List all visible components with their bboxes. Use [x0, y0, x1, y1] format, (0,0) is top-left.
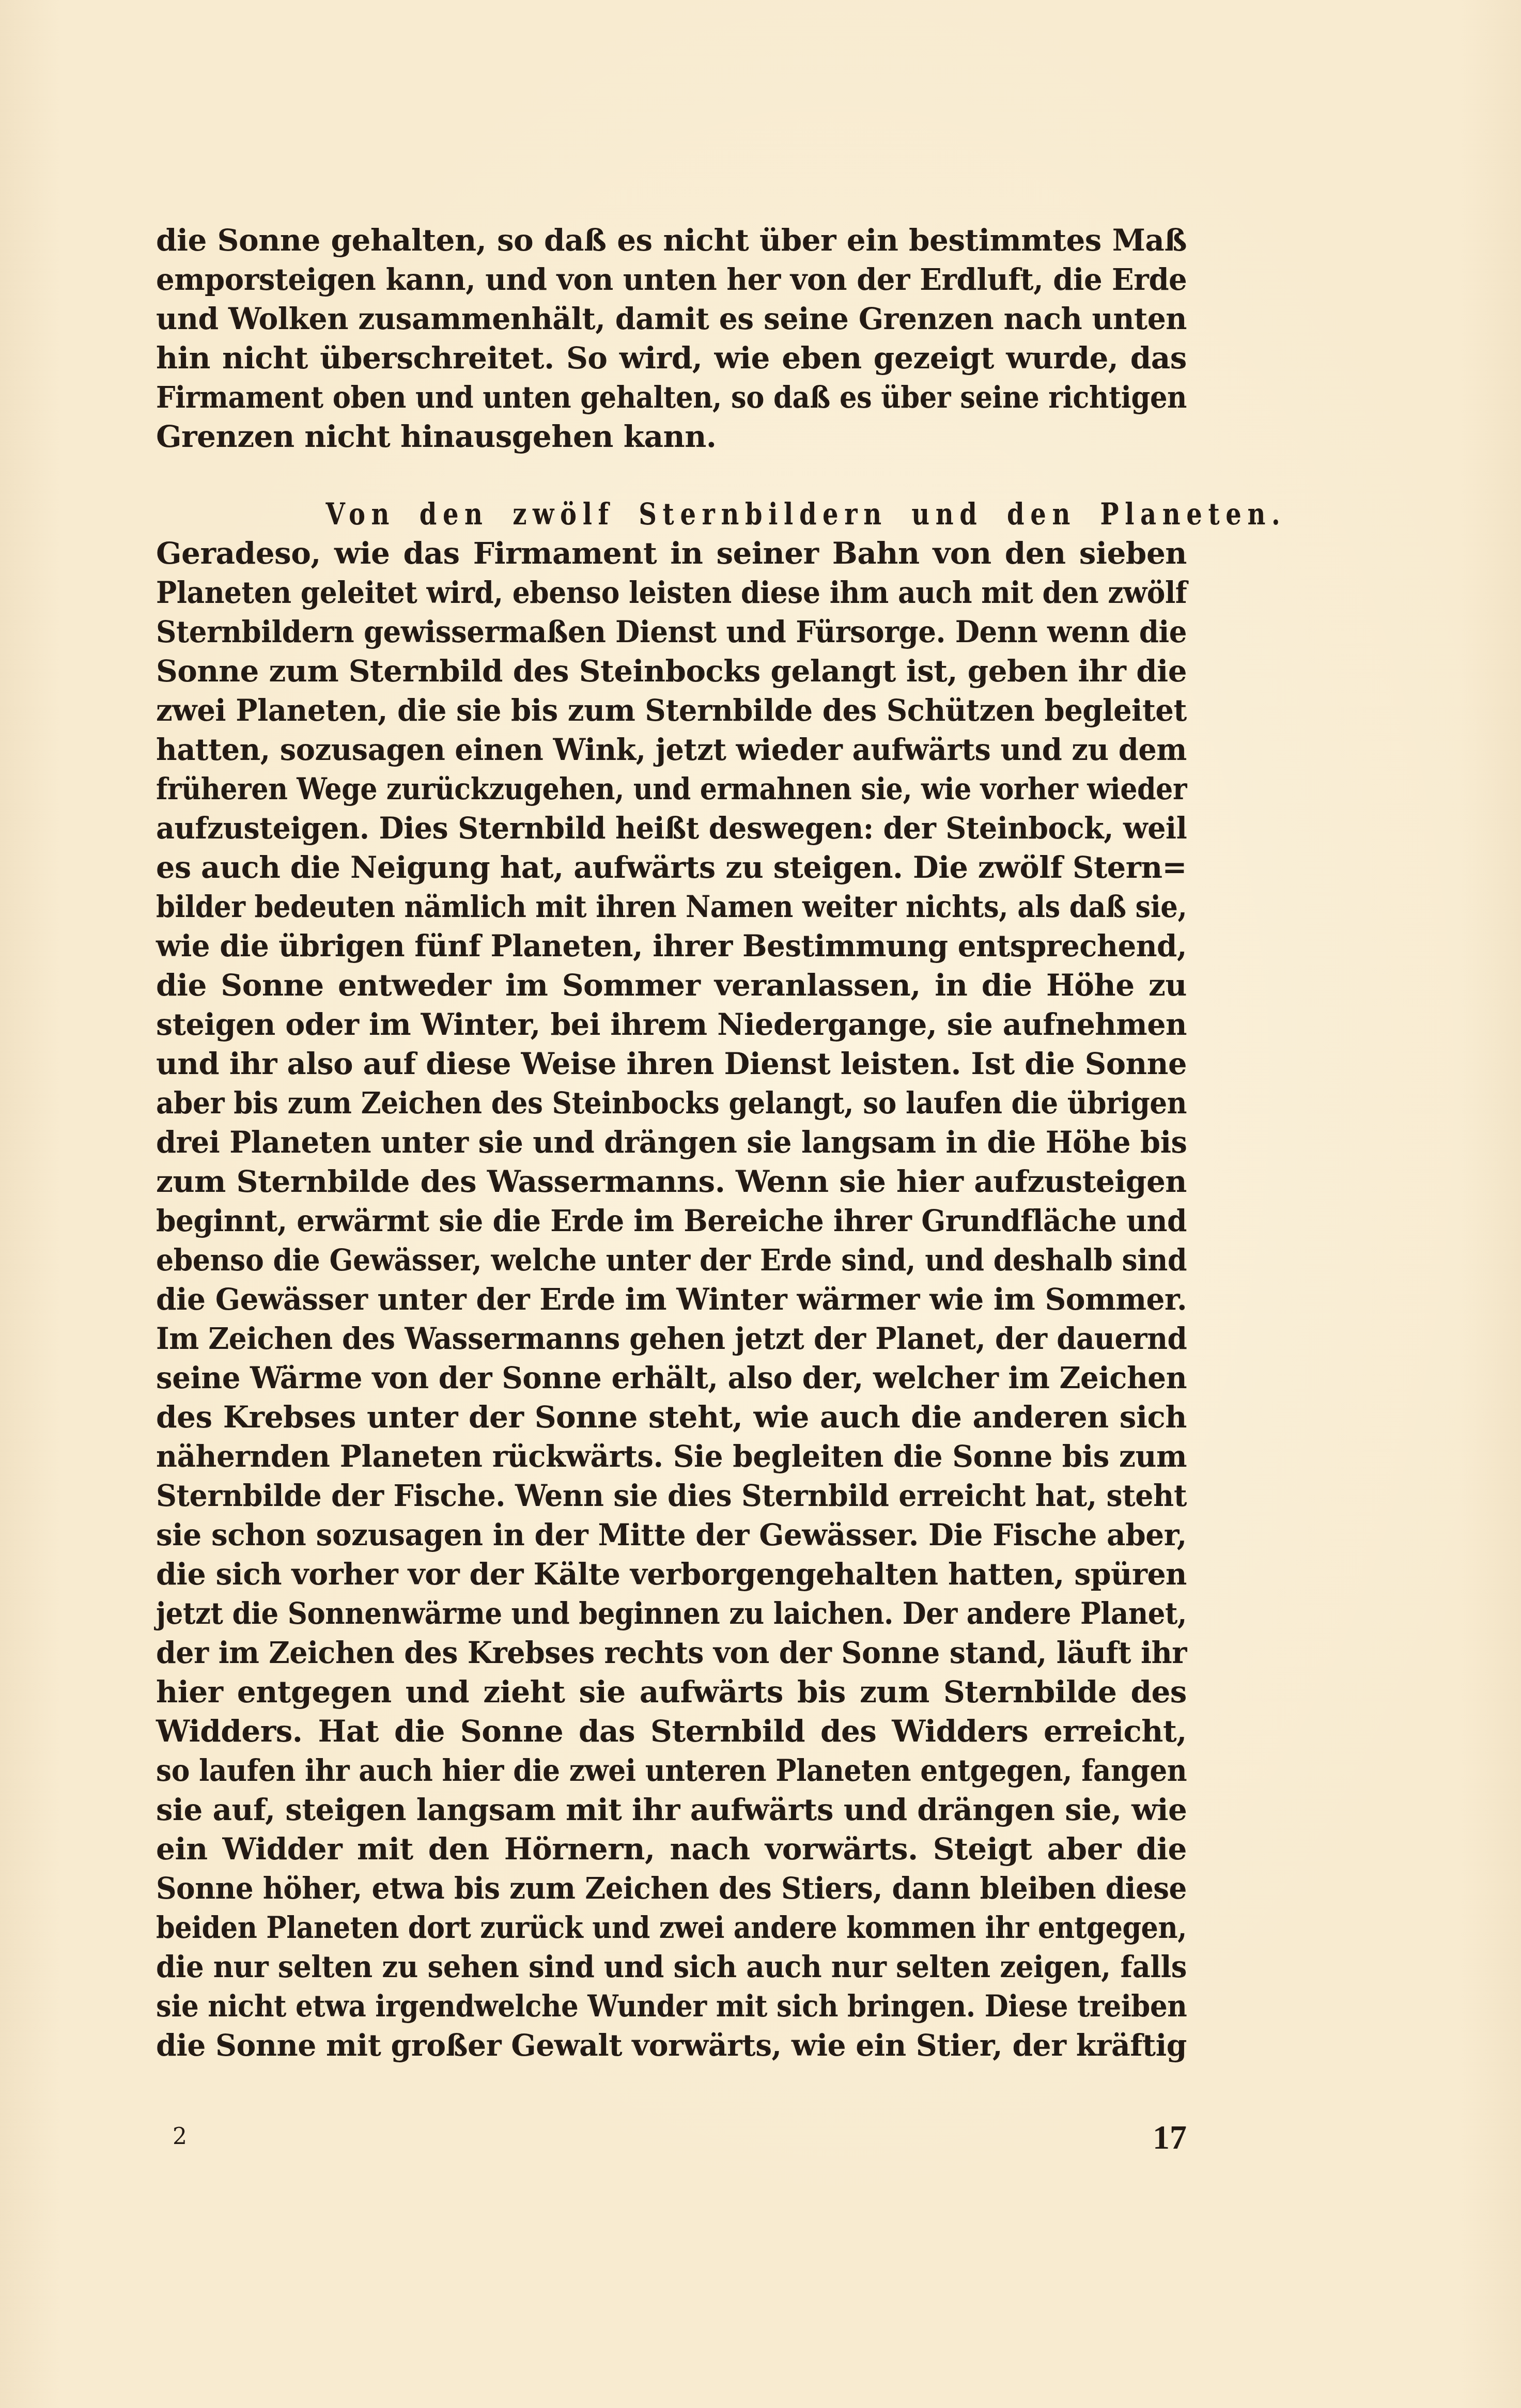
- text-line: emporsteigen kann, und von unten her von…: [156, 260, 1187, 299]
- text-line: sie auf, steigen langsam mit ihr aufwärt…: [156, 1790, 1187, 1829]
- text-line: und Wolken zusammenhält, damit es seine …: [156, 299, 1187, 338]
- text-line: die nur selten zu sehen sind und sich au…: [156, 1947, 1187, 1986]
- text-line: steigen oder im Winter, bei ihrem Nieder…: [156, 1005, 1187, 1044]
- text-line: Sternbildern gewissermaßen Dienst und Fü…: [156, 612, 1187, 651]
- text-line: die Gewässer unter der Erde im Winter wä…: [156, 1280, 1187, 1319]
- text-line: sie schon sozusagen in der Mitte der Gew…: [156, 1515, 1187, 1555]
- text-line: und ihr also auf diese Weise ihren Diens…: [156, 1044, 1187, 1083]
- text-line: sie nicht etwa irgendwelche Wunder mit s…: [156, 1986, 1187, 2026]
- text-line: des Krebses unter der Sonne steht, wie a…: [156, 1397, 1187, 1437]
- text-line: beginnt, erwärmt sie die Erde im Bereich…: [156, 1201, 1187, 1240]
- text-line: Firmament oben und unten gehalten, so da…: [156, 378, 1187, 417]
- text-line: Im Zeichen des Wassermanns gehen jetzt d…: [156, 1319, 1187, 1358]
- text-line: aufzusteigen. Dies Sternbild heißt deswe…: [156, 809, 1187, 848]
- section-heading: Von den zwölf Sternbildern und den Plane…: [326, 494, 1286, 534]
- text-line: Geradeso, wie das Firmament in seiner Ba…: [156, 534, 1187, 573]
- text-line: die Sonne mit großer Gewalt vorwärts, wi…: [156, 2026, 1187, 2065]
- text-line: so laufen ihr auch hier die zwei unteren…: [156, 1751, 1187, 1790]
- text-line: ebenso die Gewässer, welche unter der Er…: [156, 1240, 1187, 1280]
- text-line: die Sonne entweder im Sommer veranlassen…: [156, 966, 1187, 1005]
- text-line: nähernden Planeten rückwärts. Sie beglei…: [156, 1437, 1187, 1476]
- text-line: Sternbilde der Fische. Wenn sie dies Ste…: [156, 1476, 1187, 1515]
- text-line: beiden Planeten dort zurück und zwei and…: [156, 1908, 1187, 1947]
- text-line: Widders. Hat die Sonne das Sternbild des…: [156, 1712, 1187, 1751]
- text-line: Sonne zum Sternbild des Steinbocks gelan…: [156, 651, 1187, 691]
- text-line: Grenzen nicht hinausgehen kann.: [156, 417, 1187, 456]
- text-line: wie die übrigen fünf Planeten, ihrer Bes…: [156, 926, 1187, 966]
- text-line: Planeten geleitet wird, ebenso leisten d…: [156, 573, 1187, 612]
- text-line: der im Zeichen des Krebses rechts von de…: [156, 1633, 1187, 1672]
- text-line: ein Widder mit den Hörnern, nach vorwärt…: [156, 1829, 1187, 1869]
- text-line: zwei Planeten, die sie bis zum Sternbild…: [156, 691, 1187, 730]
- text-line: aber bis zum Zeichen des Steinbocks gela…: [156, 1083, 1187, 1123]
- text-line: früheren Wege zurückzugehen, und ermahne…: [156, 769, 1187, 809]
- text-line: seine Wärme von der Sonne erhält, also d…: [156, 1358, 1187, 1397]
- text-line: bilder bedeuten nämlich mit ihren Namen …: [156, 887, 1187, 926]
- text-line: zum Sternbilde des Wassermanns. Wenn sie…: [156, 1162, 1187, 1201]
- text-line: die sich vorher vor der Kälte verborgeng…: [156, 1555, 1187, 1594]
- text-line: hin nicht überschreitet. So wird, wie eb…: [156, 338, 1187, 378]
- text-line: die Sonne gehalten, so daß es nicht über…: [156, 221, 1187, 260]
- text-line: es auch die Neigung hat, aufwärts zu ste…: [156, 848, 1187, 887]
- text-line: drei Planeten unter sie und drängen sie …: [156, 1123, 1187, 1162]
- text-line: hier entgegen und zieht sie aufwärts bis…: [156, 1672, 1187, 1712]
- signature-mark: 2: [173, 2122, 187, 2151]
- text-line: Sonne höher, etwa bis zum Zeichen des St…: [156, 1869, 1187, 1908]
- page-number: 17: [1153, 2118, 1187, 2157]
- text-line: hatten, sozusagen einen Wink, jetzt wied…: [156, 730, 1187, 769]
- text-line: jetzt die Sonnenwärme und beginnen zu la…: [156, 1594, 1187, 1633]
